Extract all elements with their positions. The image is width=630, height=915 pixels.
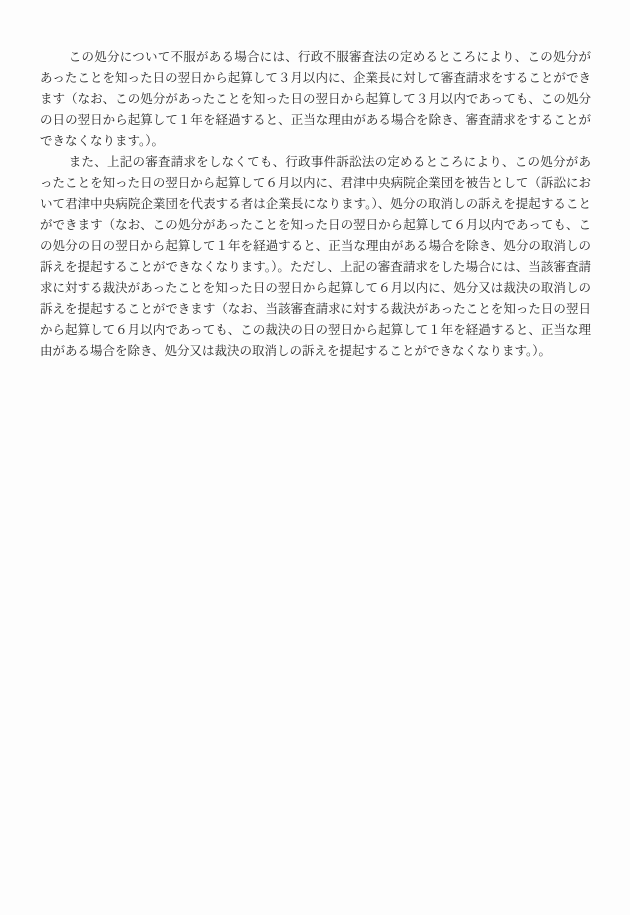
appeal-request-notice-paragraph: この処分について不服がある場合には、行政不服審査法の定めるところにより、この処分… (40, 46, 591, 151)
document-page: この処分について不服がある場合には、行政不服審査法の定めるところにより、この処分… (0, 0, 630, 915)
revocation-lawsuit-notice-paragraph: また、上記の審査請求をしなくても、行政事件訴訟法の定めるところにより、この処分が… (40, 151, 591, 361)
legal-notice-text: この処分について不服がある場合には、行政不服審査法の定めるところにより、この処分… (40, 46, 591, 361)
